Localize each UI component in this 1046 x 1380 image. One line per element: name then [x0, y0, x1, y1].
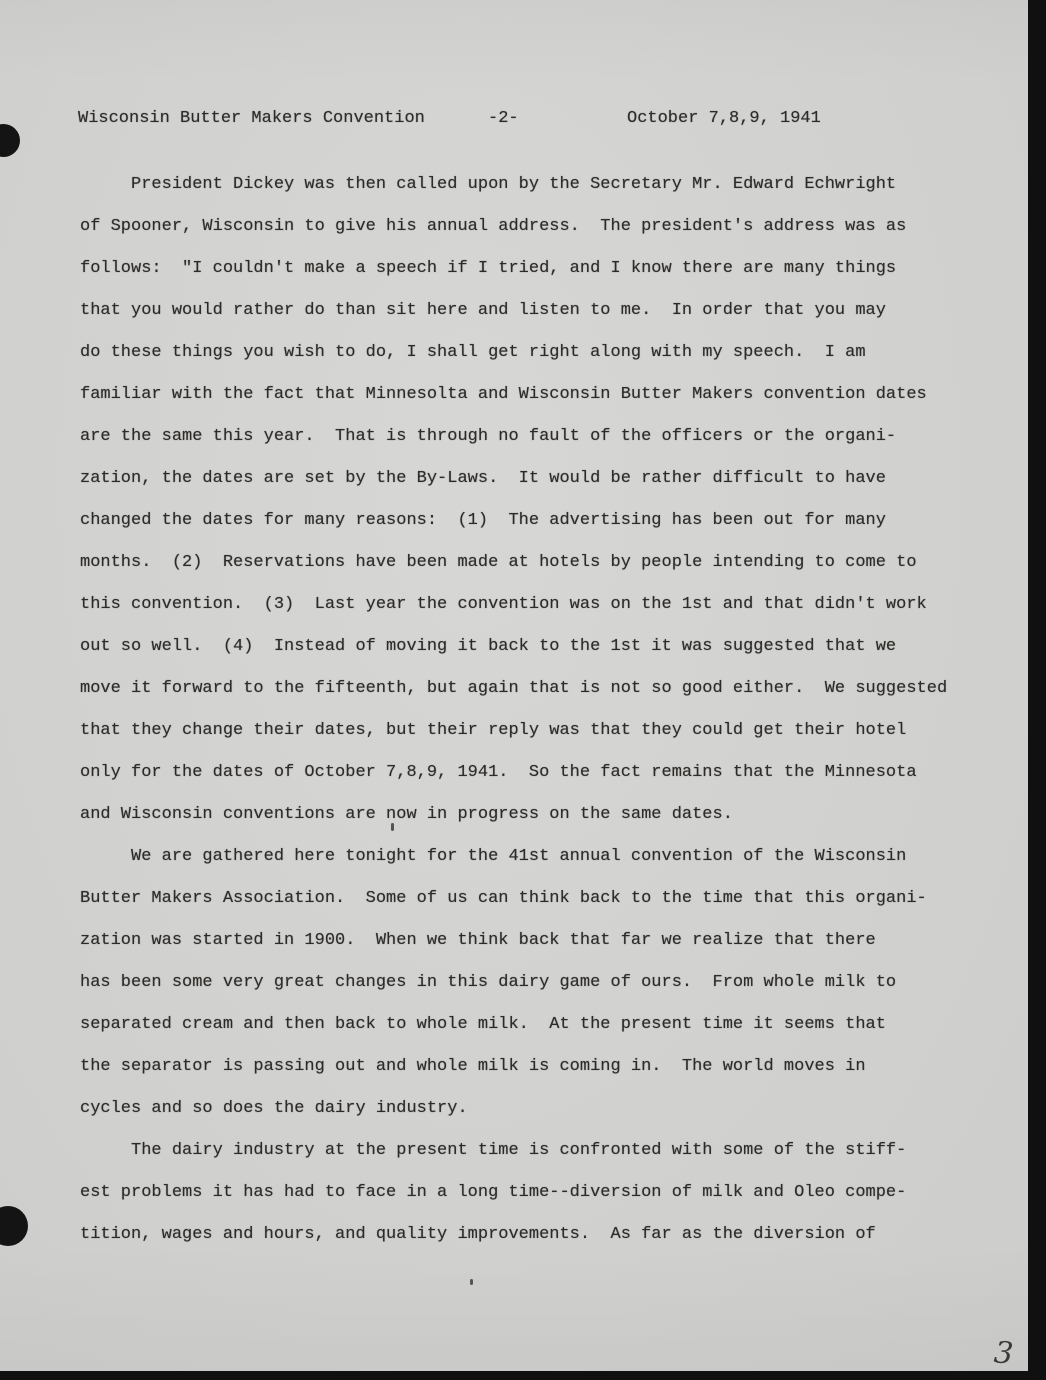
text-line: separated cream and then back to whole m…	[80, 1004, 1010, 1046]
text-line: the separator is passing out and whole m…	[80, 1046, 1010, 1088]
text-line: changed the dates for many reasons: (1) …	[80, 500, 1010, 542]
text-line: follows: "I couldn't make a speech if I …	[80, 248, 1010, 290]
text-line: are the same this year. That is through …	[80, 416, 1010, 458]
text-line: Butter Makers Association. Some of us ca…	[80, 878, 1010, 920]
text-line: months. (2) Reservations have been made …	[80, 542, 1010, 584]
scan-speck	[470, 1279, 473, 1285]
text-line: tition, wages and hours, and quality imp…	[80, 1214, 1010, 1256]
text-line: est problems it has had to face in a lon…	[80, 1172, 1010, 1214]
handwritten-page-number: 3	[993, 1335, 1015, 1372]
text-line: do these things you wish to do, I shall …	[80, 332, 1010, 374]
text-line: cycles and so does the dairy industry.	[80, 1088, 1010, 1130]
text-line: that you would rather do than sit here a…	[80, 290, 1010, 332]
text-line: move it forward to the fifteenth, but ag…	[80, 668, 1010, 710]
text-line: this convention. (3) Last year the conve…	[80, 584, 1010, 626]
text-line: zation, the dates are set by the By-Laws…	[80, 458, 1010, 500]
punch-hole-mark-bottom	[0, 1206, 28, 1246]
text-line: The dairy industry at the present time i…	[80, 1130, 1010, 1172]
header-title: Wisconsin Butter Makers Convention	[78, 98, 425, 140]
header-date: October 7,8,9, 1941	[627, 98, 821, 140]
text-line: zation was started in 1900. When we thin…	[80, 920, 1010, 962]
page-header: Wisconsin Butter Makers Convention -2- O…	[0, 98, 1046, 140]
document-page: Wisconsin Butter Makers Convention -2- O…	[0, 0, 1046, 1380]
text-line: President Dickey was then called upon by…	[80, 164, 1010, 206]
text-line: out so well. (4) Instead of moving it ba…	[80, 626, 1010, 668]
text-line: and Wisconsin conventions are now in pro…	[80, 794, 1010, 836]
text-line: familiar with the fact that Minnesolta a…	[80, 374, 1010, 416]
text-line: that they change their dates, but their …	[80, 710, 1010, 752]
text-line: of Spooner, Wisconsin to give his annual…	[80, 206, 1010, 248]
header-page-number: -2-	[488, 98, 519, 140]
text-line: has been some very great changes in this…	[80, 962, 1010, 1004]
document-body: President Dickey was then called upon by…	[80, 164, 1010, 1256]
scan-speck	[391, 823, 394, 831]
text-line: only for the dates of October 7,8,9, 194…	[80, 752, 1010, 794]
text-line: We are gathered here tonight for the 41s…	[80, 836, 1010, 878]
film-edge-bottom	[0, 1371, 1046, 1380]
film-edge-right	[1028, 0, 1046, 1380]
